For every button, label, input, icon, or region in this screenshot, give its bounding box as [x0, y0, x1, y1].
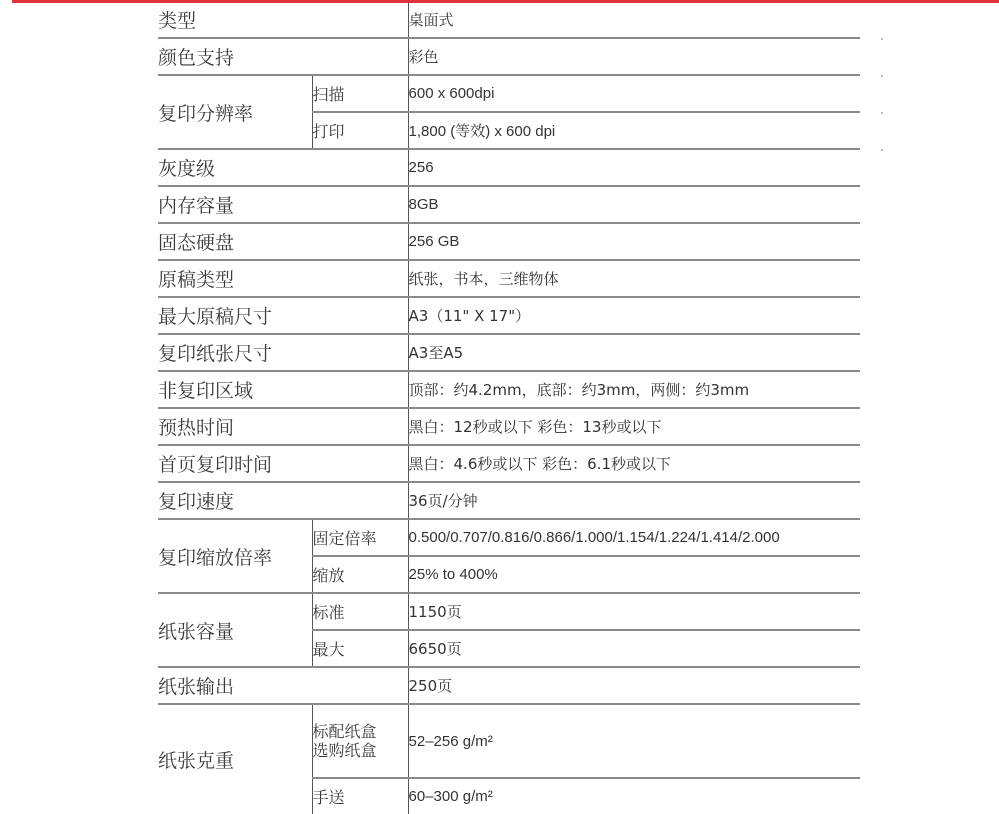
row-label: 复印缩放倍率	[158, 519, 312, 593]
sub-label: 手送	[312, 778, 408, 814]
edge-artifact	[881, 149, 883, 151]
row-value: 60–300 g/m²	[408, 778, 860, 814]
sub-label: 固定倍率	[312, 519, 408, 556]
sub-label: 最大	[312, 630, 408, 667]
row-value: 黑白：4.6秒或以下 彩色：6.1秒或以下	[408, 445, 860, 482]
row-label: 类型	[158, 2, 408, 38]
table-row: 最大原稿尺寸 A3（11" X 17"）	[158, 297, 860, 334]
table-row: 固态硬盘 256 GB	[158, 223, 860, 260]
row-value: 0.500/0.707/0.816/0.866/1.000/1.154/1.22…	[408, 519, 860, 556]
sub-label: 缩放	[312, 556, 408, 593]
spec-table: 类型 桌面式 颜色支持 彩色 复印分辨率 扫描 600 x 600dpi 打印 …	[158, 2, 860, 814]
table-row: 非复印区域 顶部：约4.2mm，底部：约3mm，两侧：约3mm	[158, 371, 860, 408]
sub-label: 扫描	[312, 75, 408, 112]
edge-artifact	[881, 112, 883, 114]
row-value: 6650页	[408, 630, 860, 667]
table-row: 首页复印时间 黑白：4.6秒或以下 彩色：6.1秒或以下	[158, 445, 860, 482]
row-label: 纸张容量	[158, 593, 312, 667]
table-row: 原稿类型 纸张，书本，三维物体	[158, 260, 860, 297]
table-row: 纸张克重 标配纸盒 选购纸盒 52–256 g/m²	[158, 704, 860, 778]
row-label: 最大原稿尺寸	[158, 297, 408, 334]
row-label: 复印速度	[158, 482, 408, 519]
sub-label-line: 标配纸盒	[313, 722, 408, 741]
row-label: 颜色支持	[158, 38, 408, 75]
row-value: 52–256 g/m²	[408, 704, 860, 778]
row-label: 预热时间	[158, 408, 408, 445]
row-value: 顶部：约4.2mm，底部：约3mm，两侧：约3mm	[408, 371, 860, 408]
sub-label-line: 选购纸盒	[313, 741, 408, 760]
row-value: 1150页	[408, 593, 860, 630]
sub-label: 标配纸盒 选购纸盒	[312, 704, 408, 778]
row-value: 36页/分钟	[408, 482, 860, 519]
row-label: 首页复印时间	[158, 445, 408, 482]
row-value: 25% to 400%	[408, 556, 860, 593]
row-value: 250页	[408, 667, 860, 704]
row-value: 纸张，书本，三维物体	[408, 260, 860, 297]
table-row: 灰度级 256	[158, 149, 860, 186]
row-value: A3至A5	[408, 334, 860, 371]
table-row: 纸张容量 标准 1150页	[158, 593, 860, 630]
edge-artifact	[881, 38, 883, 40]
row-value: 8GB	[408, 186, 860, 223]
table-row: 复印分辨率 扫描 600 x 600dpi	[158, 75, 860, 112]
row-value: 256 GB	[408, 223, 860, 260]
row-value: 600 x 600dpi	[408, 75, 860, 112]
row-value: 1,800 (等效) x 600 dpi	[408, 112, 860, 149]
row-label: 灰度级	[158, 149, 408, 186]
row-value: 黑白：12秒或以下 彩色：13秒或以下	[408, 408, 860, 445]
row-value: 桌面式	[408, 2, 860, 38]
table-row: 复印纸张尺寸 A3至A5	[158, 334, 860, 371]
edge-artifact	[881, 75, 883, 77]
table-row: 复印缩放倍率 固定倍率 0.500/0.707/0.816/0.866/1.00…	[158, 519, 860, 556]
sub-label: 打印	[312, 112, 408, 149]
row-label: 纸张克重	[158, 704, 312, 814]
table-row: 颜色支持 彩色	[158, 38, 860, 75]
row-value: 彩色	[408, 38, 860, 75]
row-value: 256	[408, 149, 860, 186]
table-row: 内存容量 8GB	[158, 186, 860, 223]
table-row: 类型 桌面式	[158, 2, 860, 38]
table-row: 复印速度 36页/分钟	[158, 482, 860, 519]
row-label: 内存容量	[158, 186, 408, 223]
row-label: 固态硬盘	[158, 223, 408, 260]
sub-label: 标准	[312, 593, 408, 630]
row-value: A3（11" X 17"）	[408, 297, 860, 334]
row-label: 非复印区域	[158, 371, 408, 408]
row-label: 复印分辨率	[158, 75, 312, 149]
row-label: 纸张输出	[158, 667, 408, 704]
row-label: 复印纸张尺寸	[158, 334, 408, 371]
row-label: 原稿类型	[158, 260, 408, 297]
table-row: 纸张输出 250页	[158, 667, 860, 704]
table-row: 预热时间 黑白：12秒或以下 彩色：13秒或以下	[158, 408, 860, 445]
